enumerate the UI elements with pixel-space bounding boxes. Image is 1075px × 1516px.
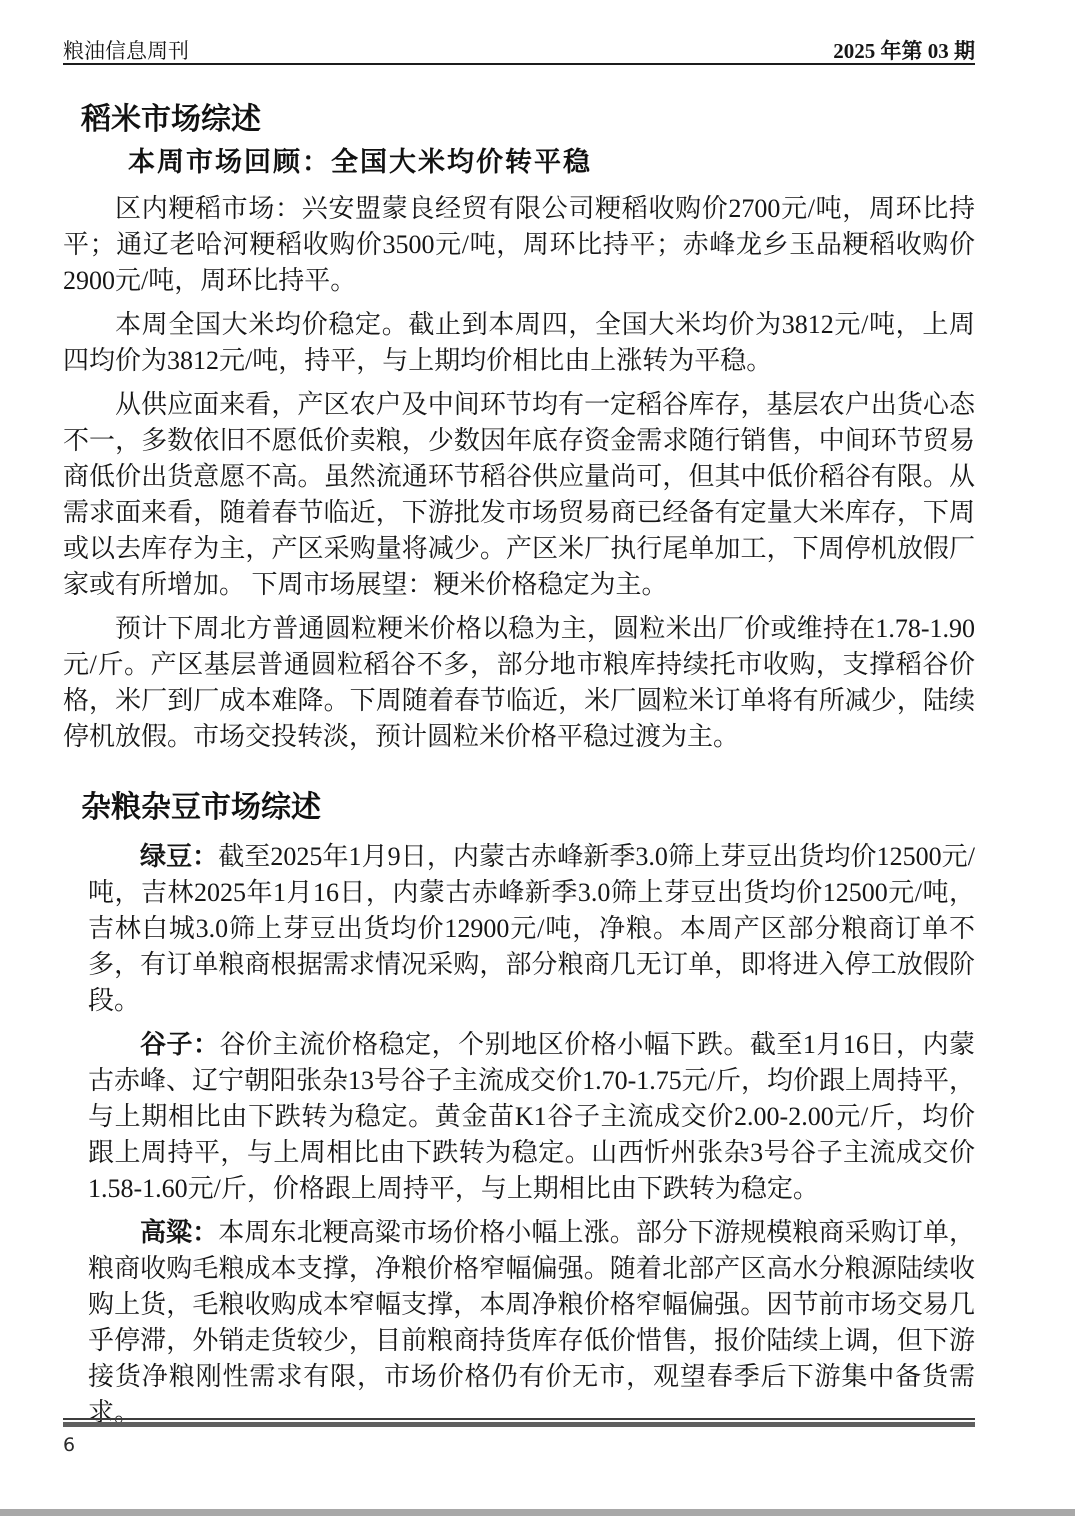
footer-rule-thin	[63, 1418, 975, 1420]
page-bottom-edge	[0, 1509, 1075, 1516]
section-title-misc-grains: 杂粮杂豆市场综述	[81, 791, 975, 825]
millet-text: 谷价主流价格稳定，个别地区价格小幅下跌。截至1月16日，内蒙古赤峰、辽宁朝阳张杂…	[88, 1030, 975, 1203]
page-header: 粮油信息周刊 2025 年第 03 期	[63, 0, 975, 65]
rice-market-subtitle: 本周市场回顾：全国大米均价转平稳	[128, 147, 975, 177]
mung-bean-text: 截至2025年1月9日，内蒙古赤峰新季3.0筛上芽豆出货均价12500元/吨，吉…	[88, 842, 975, 1015]
rice-paragraph-supply-demand: 从供应面来看，产区农户及中间环节均有一定稻谷库存，基层农户出货心态不一，多数依旧…	[63, 387, 975, 603]
page-number: 6	[63, 1434, 75, 1456]
issue-label: 2025 年第 03 期	[833, 41, 975, 62]
sorghum-text: 本周东北粳高粱市场价格小幅上涨。部分下游规模粮商采购订单，粮商收购毛粮成本支撑，…	[88, 1218, 975, 1427]
document-page: 粮油信息周刊 2025 年第 03 期 稻米市场综述 本周市场回顾：全国大米均价…	[0, 0, 1075, 1516]
sorghum-label: 高粱：	[140, 1218, 218, 1247]
rice-paragraph-regional-prices: 区内粳稻市场：兴安盟蒙良经贸有限公司粳稻收购价2700元/吨，周环比持平；通辽老…	[63, 191, 975, 299]
rice-paragraph-next-week-forecast: 预计下周北方普通圆粒粳米价格以稳为主，圆粒米出厂价或维持在1.78-1.90元/…	[63, 611, 975, 755]
rice-paragraph-national-average: 本周全国大米均价稳定。截止到本周四，全国大米均价为3812元/吨，上周四均价为3…	[63, 307, 975, 379]
journal-title: 粮油信息周刊	[63, 41, 189, 62]
footer-divider	[63, 1418, 975, 1427]
paragraph-mung-bean: 绿豆：截至2025年1月9日，内蒙古赤峰新季3.0筛上芽豆出货均价12500元/…	[88, 839, 975, 1019]
mung-bean-label: 绿豆：	[140, 842, 218, 871]
section-title-rice: 稻米市场综述	[81, 103, 975, 137]
paragraph-millet: 谷子：谷价主流价格稳定，个别地区价格小幅下跌。截至1月16日，内蒙古赤峰、辽宁朝…	[88, 1027, 975, 1207]
footer-rule-thick	[63, 1422, 975, 1427]
millet-label: 谷子：	[140, 1030, 220, 1059]
paragraph-sorghum: 高粱：本周东北粳高粱市场价格小幅上涨。部分下游规模粮商采购订单，粮商收购毛粮成本…	[88, 1215, 975, 1431]
